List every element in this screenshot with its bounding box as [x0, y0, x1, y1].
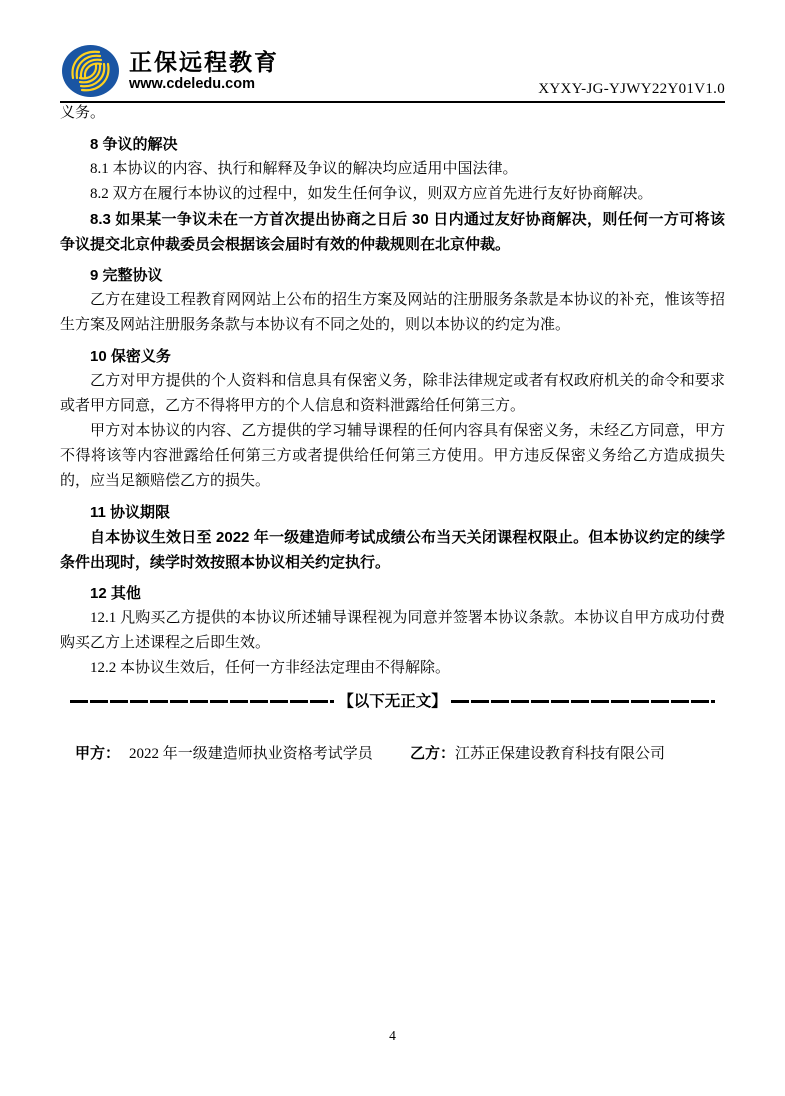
clause-12-2: 12.2 本协议生效后，任何一方非经法定理由不得解除。 [60, 656, 725, 681]
document-page: 正保远程教育 www.cdeledu.com XYXY-JG-YJWY22Y01… [0, 0, 785, 1096]
section-heading-12: 12 其他 [60, 581, 725, 606]
continuation-paragraph: 义务。 [60, 101, 725, 126]
section-heading-8: 8 争议的解决 [60, 132, 725, 157]
logo-website: www.cdeledu.com [129, 75, 279, 93]
clause-9-body: 乙方在建设工程教育网网站上公布的招生方案及网站的注册服务条款是本协议的补充，惟该… [60, 288, 725, 338]
party-b-name: 江苏正保建设教育科技有限公司 [455, 742, 665, 767]
party-a-label: 甲方： [75, 741, 120, 766]
clause-8-3: 8.3 如果某一争议未在一方首次提出协商之日后 30 日内通过友好协商解决，则任… [60, 207, 725, 257]
divider-line-left [70, 700, 334, 703]
logo-brand-name: 正保远程教育 [129, 49, 279, 75]
page-header: 正保远程教育 www.cdeledu.com XYXY-JG-YJWY22Y01… [60, 0, 725, 103]
section-heading-9: 9 完整协议 [60, 263, 725, 288]
logo-text: 正保远程教育 www.cdeledu.com [129, 49, 279, 93]
contract-body: 义务。 8 争议的解决 8.1 本协议的内容、执行和解释及争议的解决均应适用中国… [60, 101, 725, 767]
party-a-name: 2022 年一级建造师执业资格考试学员 [129, 742, 373, 767]
divider-line-right [451, 700, 715, 703]
clause-11-body: 自本协议生效日至 2022 年一级建造师考试成绩公布当天关闭课程权限止。但本协议… [60, 525, 725, 575]
page-number: 4 [0, 1028, 785, 1044]
clause-10-para-2: 甲方对本协议的内容、乙方提供的学习辅导课程的任何内容具有保密义务，未经乙方同意，… [60, 419, 725, 494]
section-heading-10: 10 保密义务 [60, 344, 725, 369]
end-of-text-label: 【以下无正文】 [334, 689, 451, 714]
party-a: 甲方： 2022 年一级建造师执业资格考试学员 [75, 741, 410, 767]
party-b: 乙方： 江苏正保建设教育科技有限公司 [410, 741, 665, 767]
section-heading-11: 11 协议期限 [60, 500, 725, 525]
party-b-label: 乙方： [410, 741, 455, 766]
company-logo: 正保远程教育 www.cdeledu.com [62, 45, 279, 97]
end-of-text-divider: 【以下无正文】 [60, 689, 725, 714]
document-code: XYXY-JG-YJWY22Y01V1.0 [538, 81, 725, 98]
signature-parties: 甲方： 2022 年一级建造师执业资格考试学员 乙方： 江苏正保建设教育科技有限… [60, 741, 725, 767]
clause-10-para-1: 乙方对甲方提供的个人资料和信息具有保密义务，除非法律规定或者有权政府机关的命令和… [60, 369, 725, 419]
clause-8-1: 8.1 本协议的内容、执行和解释及争议的解决均应适用中国法律。 [60, 157, 725, 182]
clause-12-1: 12.1 凡购买乙方提供的本协议所述辅导课程视为同意并签署本协议条款。本协议自甲… [60, 606, 725, 656]
logo-swirl-icon [62, 45, 119, 97]
clause-8-2: 8.2 双方在履行本协议的过程中，如发生任何争议，则双方应首先进行友好协商解决。 [60, 182, 725, 207]
